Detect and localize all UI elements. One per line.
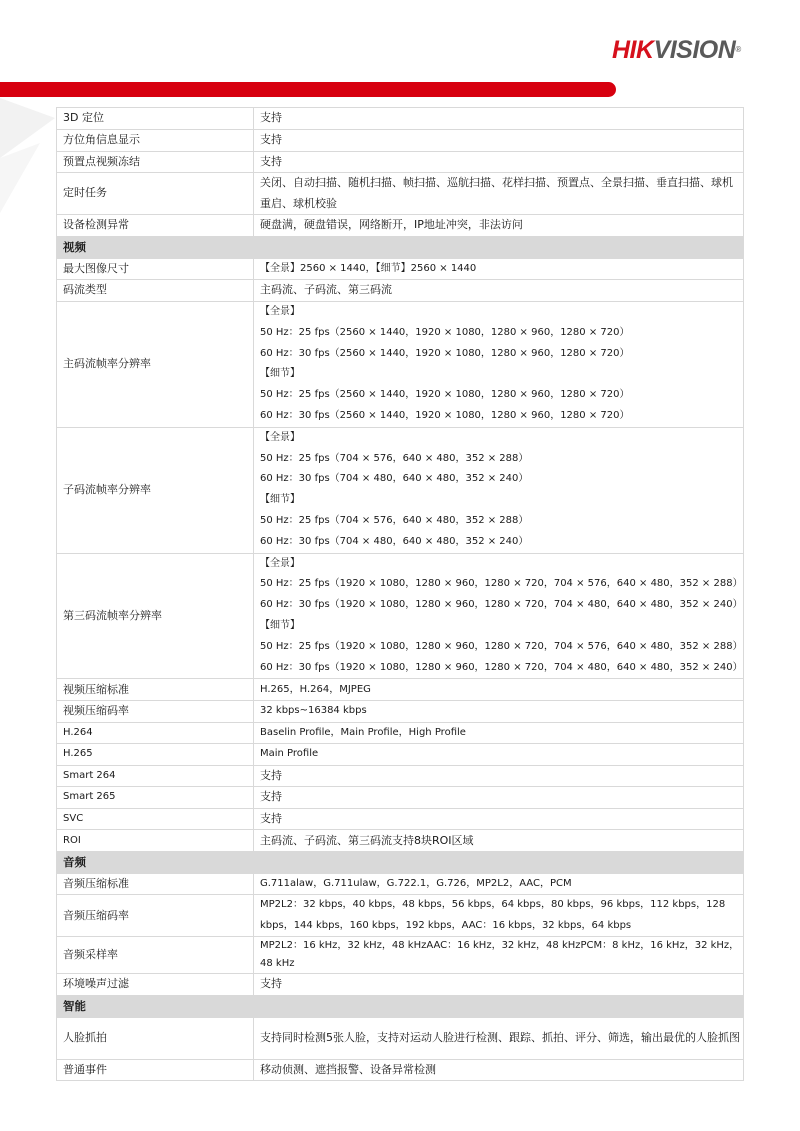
row-value: 支持 xyxy=(254,108,744,130)
table-row: SVC 支持 xyxy=(57,808,744,830)
row-value: 【全景】 50 Hz：25 fps（2560 × 1440，1920 × 108… xyxy=(254,302,744,428)
logo-hik-text: HIK xyxy=(612,36,654,64)
value-line: 60 Hz：30 fps（2560 × 1440，1920 × 1080，128… xyxy=(260,406,743,427)
row-value: G.711alaw，G.711ulaw，G.722.1，G.726，MP2L2，… xyxy=(254,873,744,895)
row-label: 普通事件 xyxy=(57,1059,254,1081)
value-line: 【全景】 xyxy=(260,554,743,575)
row-label: Smart 265 xyxy=(57,787,254,809)
row-value: 32 kbps~16384 kbps xyxy=(254,701,744,723)
registered-mark: ® xyxy=(735,45,740,54)
row-value: 支持 xyxy=(254,974,744,996)
section-header-smart: 智能 xyxy=(57,995,744,1017)
section-title: 智能 xyxy=(57,995,744,1017)
value-line: 60 Hz：30 fps（704 × 480，640 × 480，352 × 2… xyxy=(260,532,743,553)
row-value: 支持 xyxy=(254,129,744,151)
table-row: 人脸抓拍 支持同时检测5张人脸，支持对运动人脸进行检测、跟踪、抓拍、评分、筛选，… xyxy=(57,1017,744,1059)
row-label: 视频压缩码率 xyxy=(57,701,254,723)
table-row: 子码流帧率分辨率 【全景】 50 Hz：25 fps（704 × 576，640… xyxy=(57,427,744,553)
table-row: 音频压缩码率 MP2L2：32 kbps，40 kbps，48 kbps，56 … xyxy=(57,895,744,937)
table-row: 定时任务 关闭、自动扫描、随机扫描、帧扫描、巡航扫描、花样扫描、预置点、全景扫描… xyxy=(57,173,744,215)
table-row: 音频压缩标准 G.711alaw，G.711ulaw，G.722.1，G.726… xyxy=(57,873,744,895)
value-line: 【全景】 xyxy=(260,428,743,449)
value-line: 【细节】 xyxy=(260,616,743,637)
value-line: 60 Hz：30 fps（2560 × 1440，1920 × 1080，128… xyxy=(260,344,743,365)
row-value: 关闭、自动扫描、随机扫描、帧扫描、巡航扫描、花样扫描、预置点、全景扫描、垂直扫描… xyxy=(254,173,744,215)
row-label: 设备检测异常 xyxy=(57,215,254,237)
row-label: 最大图像尺寸 xyxy=(57,258,254,280)
table-row: 最大图像尺寸 【全景】2560 × 1440，【细节】2560 × 1440 xyxy=(57,258,744,280)
row-value: 【全景】 50 Hz：25 fps（1920 × 1080，1280 × 960… xyxy=(254,553,744,679)
row-label: 第三码流帧率分辨率 xyxy=(57,553,254,679)
value-line: 50 Hz：25 fps（1920 × 1080，1280 × 960，1280… xyxy=(260,637,743,658)
table-row: 方位角信息显示 支持 xyxy=(57,129,744,151)
row-value: 支持 xyxy=(254,765,744,787)
row-value: 支持 xyxy=(254,151,744,173)
table-row: 环境噪声过滤 支持 xyxy=(57,974,744,996)
section-title: 音频 xyxy=(57,852,744,874)
value-line: 50 Hz：25 fps（704 × 576，640 × 480，352 × 2… xyxy=(260,449,743,470)
table-row: 音频采样率 MP2L2：16 kHz，32 kHz，48 kHzAAC：16 k… xyxy=(57,937,744,974)
row-label: ROI xyxy=(57,830,254,852)
table-row: H.265 Main Profile xyxy=(57,744,744,766)
value-line: 60 Hz：30 fps（704 × 480，640 × 480，352 × 2… xyxy=(260,469,743,490)
row-value: 主码流、子码流、第三码流支持8块ROI区域 xyxy=(254,830,744,852)
row-label: 环境噪声过滤 xyxy=(57,974,254,996)
row-value: MP2L2：32 kbps，40 kbps，48 kbps，56 kbps，64… xyxy=(254,895,744,937)
value-line: 60 Hz：30 fps（1920 × 1080，1280 × 960，1280… xyxy=(260,595,743,616)
value-line: 50 Hz：25 fps（2560 × 1440，1920 × 1080，128… xyxy=(260,385,743,406)
table-row: 视频压缩码率 32 kbps~16384 kbps xyxy=(57,701,744,723)
row-label: 码流类型 xyxy=(57,280,254,302)
row-label: 人脸抓拍 xyxy=(57,1017,254,1059)
row-label: 音频压缩码率 xyxy=(57,895,254,937)
row-value: 支持 xyxy=(254,787,744,809)
row-label: Smart 264 xyxy=(57,765,254,787)
row-label: 音频压缩标准 xyxy=(57,873,254,895)
table-row: 第三码流帧率分辨率 【全景】 50 Hz：25 fps（1920 × 1080，… xyxy=(57,553,744,679)
row-value: H.265，H.264，MJPEG xyxy=(254,679,744,701)
row-label: 3D 定位 xyxy=(57,108,254,130)
table-row: Smart 265 支持 xyxy=(57,787,744,809)
row-label: H.265 xyxy=(57,744,254,766)
row-value: MP2L2：16 kHz，32 kHz，48 kHzAAC：16 kHz，32 … xyxy=(254,937,744,974)
row-value: 【全景】 50 Hz：25 fps（704 × 576，640 × 480，35… xyxy=(254,427,744,553)
section-header-audio: 音频 xyxy=(57,852,744,874)
table-row: Smart 264 支持 xyxy=(57,765,744,787)
brand-red-bar xyxy=(0,82,616,97)
section-header-video: 视频 xyxy=(57,236,744,258)
row-value: 【全景】2560 × 1440，【细节】2560 × 1440 xyxy=(254,258,744,280)
row-label: 方位角信息显示 xyxy=(57,129,254,151)
value-line: 【细节】 xyxy=(260,364,743,385)
table-row: 设备检测异常 硬盘满，硬盘错误，网络断开，IP地址冲突，非法访问 xyxy=(57,215,744,237)
row-label: 子码流帧率分辨率 xyxy=(57,427,254,553)
value-line: 【全景】 xyxy=(260,302,743,323)
row-label: 音频采样率 xyxy=(57,937,254,974)
table-row: 视频压缩标准 H.265，H.264，MJPEG xyxy=(57,679,744,701)
table-row: ROI 主码流、子码流、第三码流支持8块ROI区域 xyxy=(57,830,744,852)
row-label: H.264 xyxy=(57,722,254,744)
row-label: 预置点视频冻结 xyxy=(57,151,254,173)
row-label: 主码流帧率分辨率 xyxy=(57,302,254,428)
table-row: 3D 定位 支持 xyxy=(57,108,744,130)
spec-table: 3D 定位 支持 方位角信息显示 支持 预置点视频冻结 支持 定时任务 关闭、自… xyxy=(56,107,744,1081)
value-line: 50 Hz：25 fps（1920 × 1080，1280 × 960，1280… xyxy=(260,574,743,595)
row-label: 视频压缩标准 xyxy=(57,679,254,701)
row-value: 支持同时检测5张人脸，支持对运动人脸进行检测、跟踪、抓拍、评分、筛选，输出最优的… xyxy=(254,1017,744,1059)
value-line: 【细节】 xyxy=(260,490,743,511)
row-value: 支持 xyxy=(254,808,744,830)
logo-vision-text: VISION xyxy=(654,36,736,64)
hikvision-logo: HIKVISION® xyxy=(612,36,741,64)
row-value: 硬盘满，硬盘错误，网络断开，IP地址冲突，非法访问 xyxy=(254,215,744,237)
row-value: 主码流、子码流、第三码流 xyxy=(254,280,744,302)
row-label: 定时任务 xyxy=(57,173,254,215)
row-label: SVC xyxy=(57,808,254,830)
row-value: 移动侦测、遮挡报警、设备异常检测 xyxy=(254,1059,744,1081)
table-row: 码流类型 主码流、子码流、第三码流 xyxy=(57,280,744,302)
row-value: Baselin Profile，Main Profile，High Profil… xyxy=(254,722,744,744)
row-value: Main Profile xyxy=(254,744,744,766)
value-line: 50 Hz：25 fps（704 × 576，640 × 480，352 × 2… xyxy=(260,511,743,532)
table-row: 普通事件 移动侦测、遮挡报警、设备异常检测 xyxy=(57,1059,744,1081)
value-line: 50 Hz：25 fps（2560 × 1440，1920 × 1080，128… xyxy=(260,323,743,344)
table-row: 预置点视频冻结 支持 xyxy=(57,151,744,173)
section-title: 视频 xyxy=(57,236,744,258)
table-row: H.264 Baselin Profile，Main Profile，High … xyxy=(57,722,744,744)
value-line: 60 Hz：30 fps（1920 × 1080，1280 × 960，1280… xyxy=(260,658,743,679)
table-row: 主码流帧率分辨率 【全景】 50 Hz：25 fps（2560 × 1440，1… xyxy=(57,302,744,428)
